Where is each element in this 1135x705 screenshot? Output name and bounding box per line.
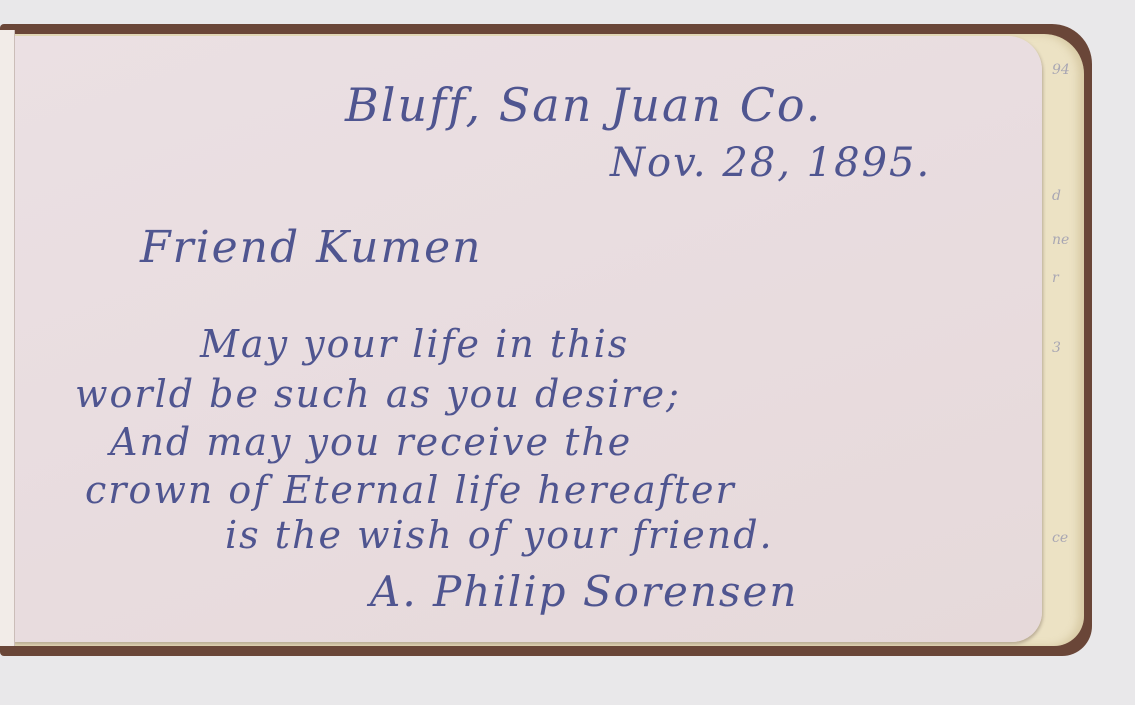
body-line: crown of Eternal life hereafter [85, 468, 736, 512]
edge-mark: 94 [1052, 62, 1070, 78]
body-line: world be such as you desire; [75, 372, 681, 416]
binding-gutter [0, 30, 15, 646]
greeting: Friend Kumen [140, 222, 483, 273]
edge-mark: r [1052, 270, 1059, 286]
edge-mark: ce [1052, 530, 1068, 546]
body-line: May your life in this [200, 322, 629, 366]
edge-mark: ne [1052, 232, 1069, 248]
body-line: And may you receive the [110, 420, 632, 464]
heading-date: Nov. 28, 1895. [610, 140, 931, 186]
heading-place: Bluff, San Juan Co. [345, 78, 822, 132]
signature: A. Philip Sorensen [370, 567, 798, 616]
body-line: is the wish of your friend. [225, 513, 774, 557]
edge-mark: d [1052, 188, 1061, 204]
edge-mark: 3 [1052, 340, 1061, 356]
